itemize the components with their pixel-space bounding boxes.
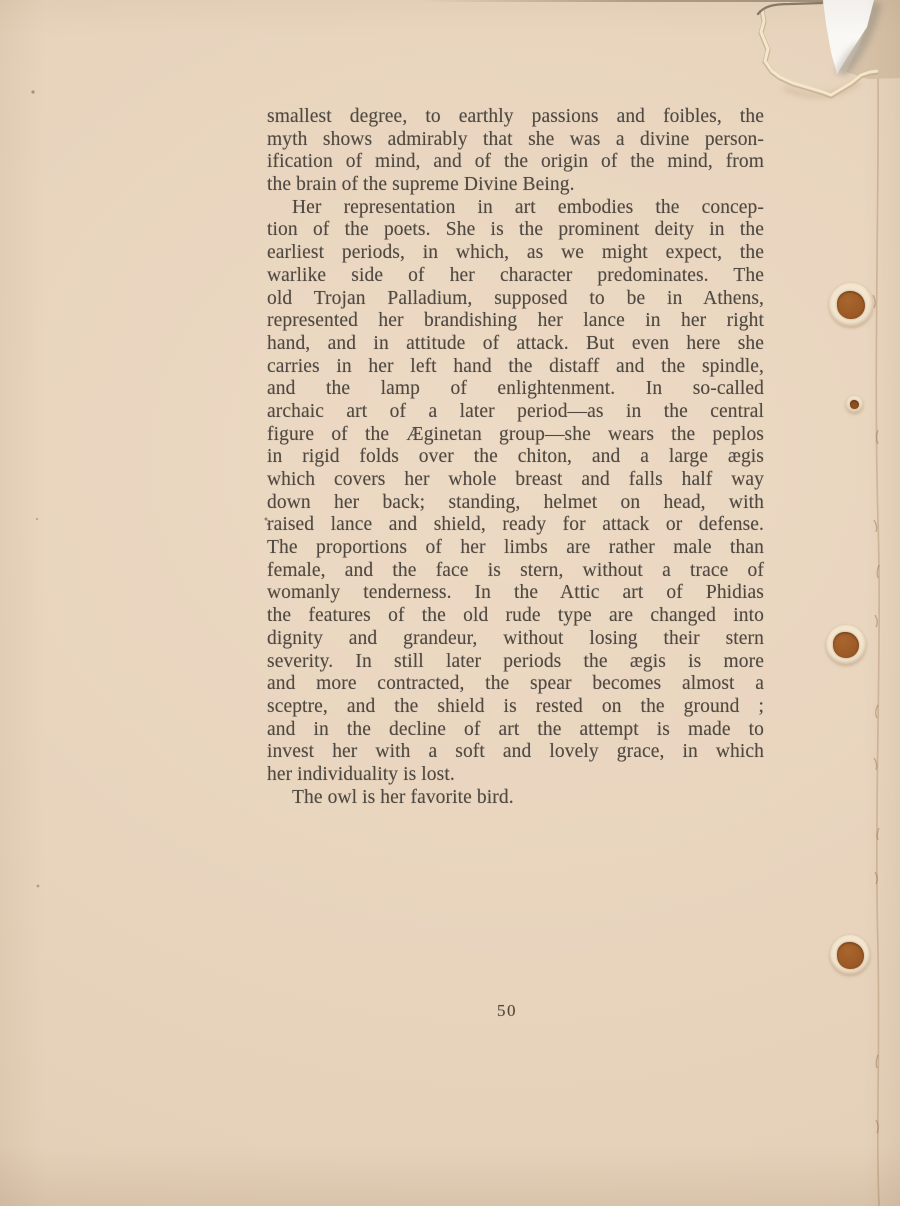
text-line: represented her brandishing her lance in… [267,310,764,333]
page-text-block: smallest degree, to earthly passions and… [267,106,764,809]
text-line: and the lamp of enlightenment. In so-cal… [267,378,764,401]
text-line: her individuality is lost. [267,764,764,787]
text-line: and in the decline of art the attempt is… [267,719,764,742]
text-line: warlike side of her character predominat… [267,265,764,288]
torn-corner [700,0,900,140]
text-line: ification of mind, and of the origin of … [267,151,764,174]
punch-hole-small [850,400,859,409]
punch-hole [837,942,864,969]
text-line: severity. In still later periods the ægi… [267,651,764,674]
text-line: hand, and in attitude of attack. But eve… [267,333,764,356]
punch-hole [833,632,859,658]
text-line: dignity and grandeur, without losing the… [267,628,764,651]
text-line: figure of the Æginetan group—she wears t… [267,424,764,447]
text-line: archaic art of a later period—as in the … [267,401,764,424]
text-line: earliest periods, in which, as we might … [267,242,764,265]
text-line: invest her with a soft and lovely grace,… [267,741,764,764]
text-line: the features of the old rude type are ch… [267,605,764,628]
text-line: The proportions of her limbs are rather … [267,537,764,560]
page-number: 50 [267,1001,747,1021]
text-line: smallest degree, to earthly passions and… [267,106,764,129]
text-line: raised lance and shield, ready for attac… [267,514,764,537]
text-line: womanly tenderness. In the Attic art of … [267,582,764,605]
text-line: female, and the face is stern, without a… [267,560,764,583]
page-crease-line [858,0,900,1206]
text-line: myth shows admirably that she was a divi… [267,129,764,152]
text-line: carries in her left hand the distaff and… [267,356,764,379]
text-line: sceptre, and the shield is rested on the… [267,696,764,719]
text-line: tion of the poets. She is the prominent … [267,219,764,242]
text-line: The owl is her favorite bird. [267,787,764,810]
text-line: old Trojan Palladium, supposed to be in … [267,288,764,311]
text-line: and more contracted, the spear becomes a… [267,673,764,696]
text-line: Her representation in art embodies the c… [267,197,764,220]
scanned-book-page: smallest degree, to earthly passions and… [0,0,900,1206]
text-line: the brain of the supreme Divine Being. [267,174,764,197]
text-line: which covers her whole breast and falls … [267,469,764,492]
text-line: down her back; standing, helmet on head,… [267,492,764,515]
punch-hole [837,291,865,319]
text-line: in rigid folds over the chiton, and a la… [267,446,764,469]
